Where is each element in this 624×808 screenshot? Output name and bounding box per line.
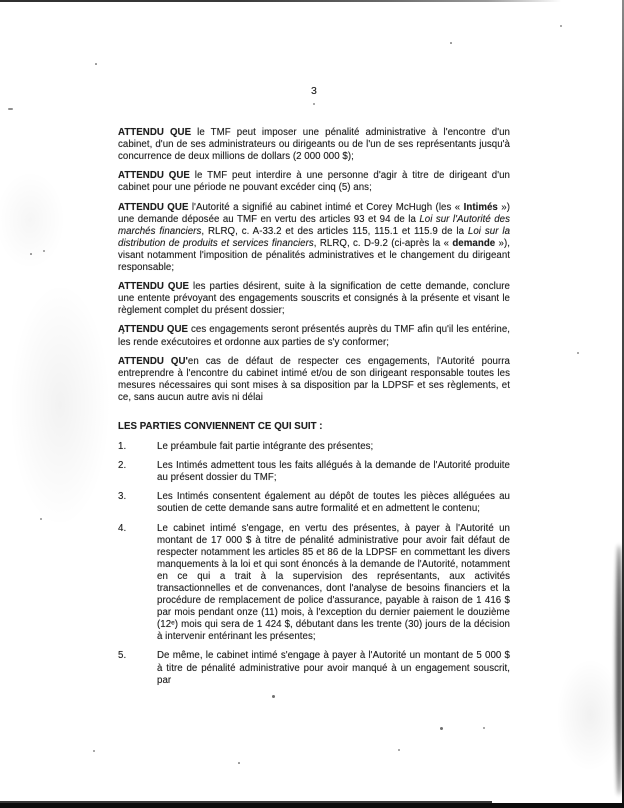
scan-speckle (398, 749, 400, 751)
scan-noise-blotch (0, 150, 80, 290)
scan-artifact-top-edge (0, 0, 624, 2)
scan-speckle (8, 108, 13, 110)
list-item-number: 4. (118, 523, 157, 644)
section-heading: LES PARTIES CONVIENNENT CE QUI SUIT : (118, 421, 510, 433)
text-run: Intimés (464, 202, 498, 213)
list-item-text: De même, le cabinet intimé s'engage à pa… (157, 650, 510, 686)
list-item-text: Les Intimés consentent également au dépô… (157, 491, 510, 515)
text-run: ATTENDU QUE (118, 202, 188, 213)
list-item-text: Les Intimés admettent tous les faits all… (157, 460, 510, 484)
paragraph: ATTENDU QUE le TMF peut imposer une péna… (118, 127, 510, 163)
scan-speckle (43, 250, 45, 252)
paragraph: ATTENDU QU'en cas de défaut de respecter… (118, 356, 510, 404)
list-item: 3.Les Intimés consentent également au dé… (118, 491, 510, 515)
scan-noise-blotch (545, 640, 624, 790)
scan-speckle (238, 762, 240, 764)
paragraph: ATTENDU QUE l'Autorité a signifié au cab… (118, 202, 510, 275)
list-item: 1.Le préambule fait partie intégrante de… (118, 441, 510, 453)
list-item: 2.Les Intimés admettent tous les faits a… (118, 460, 510, 484)
scan-artifact-right-smudge (616, 545, 622, 795)
text-run: ATTENDU QUE (118, 170, 190, 181)
scanned-document-page: 3 ATTENDU QUE le TMF peut imposer une pé… (0, 0, 624, 808)
text-run: ATTENDU QUE (118, 324, 188, 335)
paragraph: ATTENDU QUE les parties désirent, suite … (118, 281, 510, 317)
text-run: De même, le cabinet intimé s'engage à pa… (157, 650, 510, 685)
text-run: Le cabinet intimé s'engage, en vertu des… (157, 523, 510, 643)
list-item-number: 3. (118, 491, 157, 515)
scan-speckle (40, 518, 42, 520)
text-run: , RLRQ, c. A-33.2 et des articles 115, 1… (201, 226, 468, 237)
list-item-number: 5. (118, 650, 157, 686)
list-item: 5.De même, le cabinet intimé s'engage à … (118, 650, 510, 686)
text-run: ATTENDU QU' (118, 356, 188, 367)
text-run: Le préambule fait partie intégrante des … (157, 441, 373, 452)
scan-noise-blotch (0, 235, 130, 575)
scan-speckle (483, 727, 485, 729)
list-item: 4.Le cabinet intimé s'engage, en vertu d… (118, 523, 510, 644)
scan-speckle (577, 352, 579, 354)
document-content: 3 ATTENDU QUE le TMF peut imposer une pé… (118, 85, 510, 694)
text-run: LES PARTIES CONVIENNENT CE QUI SUIT : (118, 421, 323, 432)
text-run: Les Intimés admettent tous les faits all… (157, 460, 510, 483)
text-run: demande (452, 238, 495, 249)
document-body: ATTENDU QUE le TMF peut imposer une péna… (118, 127, 510, 687)
scan-artifact-bottom-bar (0, 803, 624, 808)
text-run: ATTENDU QUE (118, 281, 189, 292)
scan-speckle (440, 727, 443, 730)
list-item-text: Le cabinet intimé s'engage, en vertu des… (157, 523, 510, 644)
text-run: ATTENDU QUE (118, 127, 191, 138)
scan-speckle (93, 750, 95, 752)
page-number: 3 (118, 85, 510, 97)
paragraph: ATTENDU QUE le TMF peut interdire à une … (118, 170, 510, 194)
scan-speckle (450, 42, 452, 44)
list-item-number: 2. (118, 460, 157, 484)
text-run: , RLRQ, c. D-9.2 (ci-après la « (314, 238, 453, 249)
scan-speckle (30, 253, 32, 255)
text-run: Les Intimés consentent également au dépô… (157, 491, 510, 514)
scan-speckle (560, 25, 562, 27)
list-item-number: 1. (118, 441, 157, 453)
paragraph: ATTENDU QUE ces engagements seront prése… (118, 324, 510, 348)
list-item-text: Le préambule fait partie intégrante des … (157, 441, 510, 453)
scan-speckle (272, 695, 275, 698)
text-run: l'Autorité a signifié au cabinet intimé … (188, 202, 463, 213)
scan-speckle (95, 63, 97, 65)
